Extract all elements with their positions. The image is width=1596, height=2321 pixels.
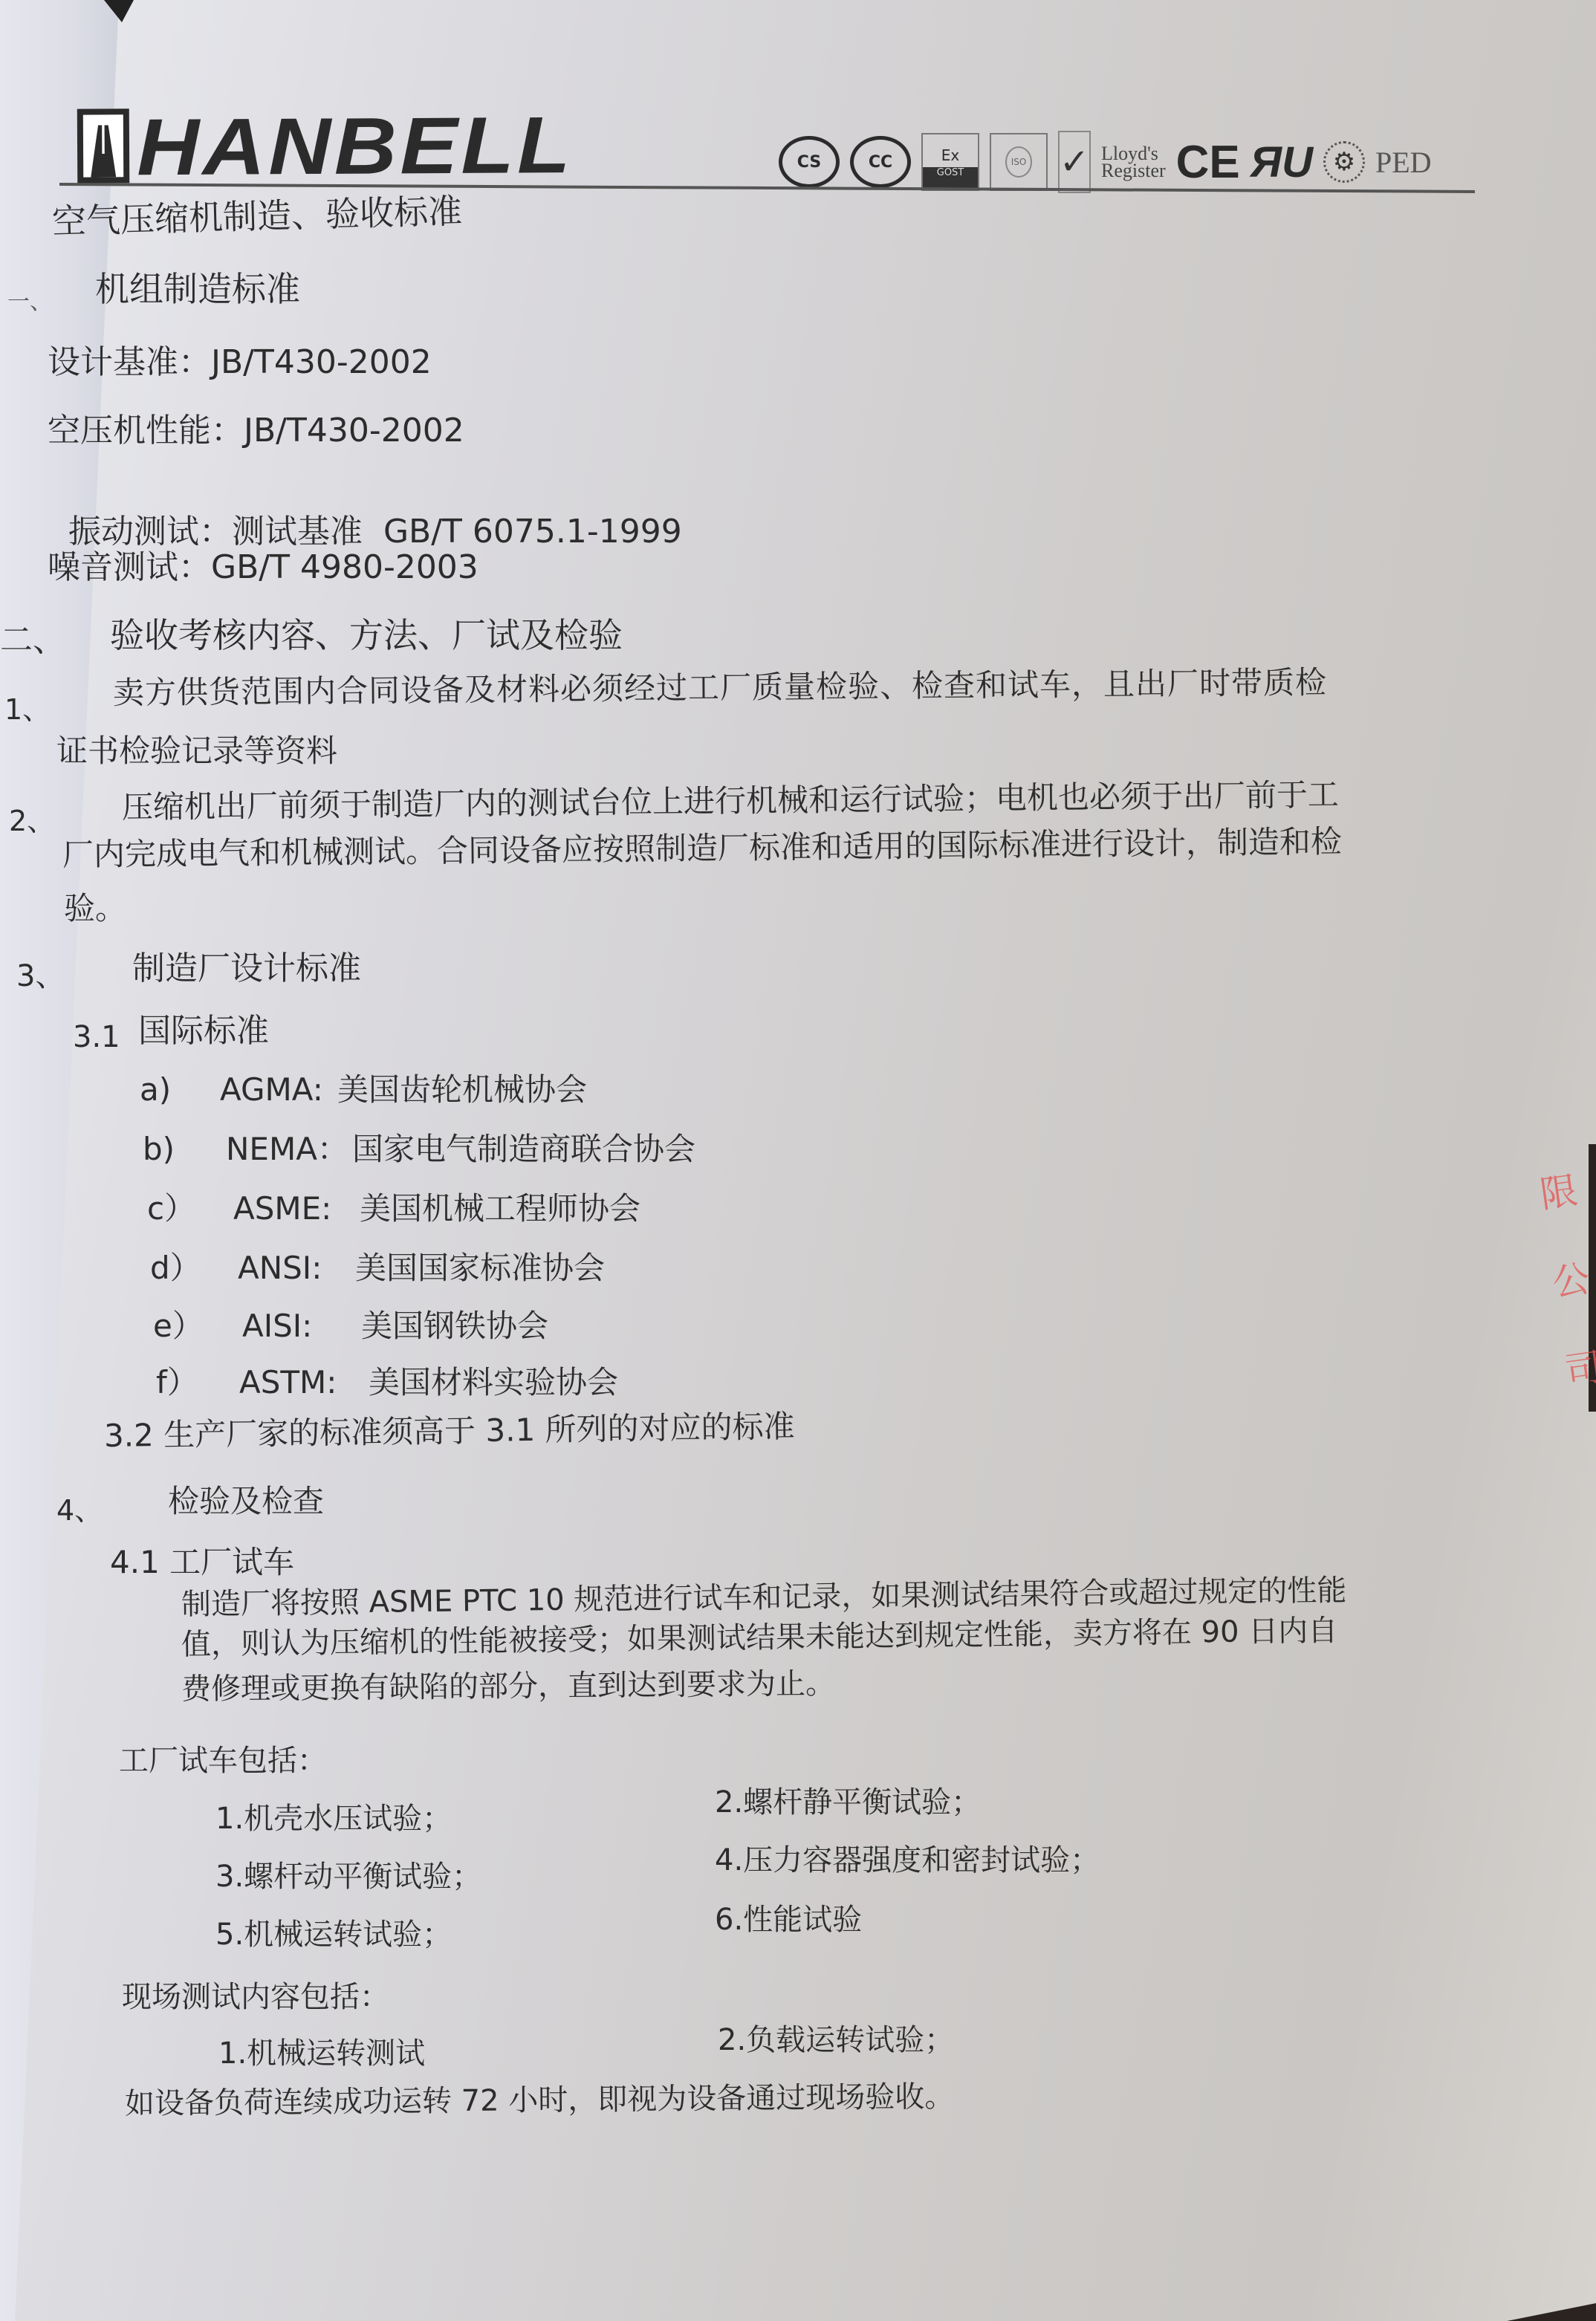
section2-number: 二、 [0,624,65,657]
ex-label: Ex [941,146,959,164]
standard-code: ANSI: [238,1253,355,1284]
design-basis-label: 设计基准： [48,343,211,381]
standard-code: ASME: [233,1193,360,1224]
design-basis-value: JB/T430-2002 [211,343,432,381]
standard-code: ASTM: [239,1367,369,1398]
company-seal-stamp: 限 公 司 [1527,1142,1596,1414]
standard-letter: d） [150,1253,238,1284]
standard-letter: f） [156,1367,239,1398]
site-acceptance-conclusion: 如设备负荷连续成功运转 72 小时，即视为设备通过现场验收。 [125,2082,955,2119]
crown-check-icon: ✓ [1058,131,1091,193]
item4-number: 4、 [56,1496,103,1525]
standard-code: AISI: [242,1311,361,1342]
hanbell-logo: HANBELL [77,103,541,183]
standard-row-astm: f）ASTM:美国材料实验协会 [156,1367,618,1398]
factory-test-para-line1: 制造厂将按照 ASME PTC 10 规范进行试车和记录，如果测试结果符合或超过… [181,1576,1347,1620]
standard-desc: 国家电气制造商联合协会 [352,1131,695,1167]
standard-row-nema: b)NEMA：国家电气制造商联合协会 [143,1134,695,1165]
seal-char: 司 [1561,1337,1596,1395]
noise-test-value: GB/T 4980-2003 [211,548,479,586]
item3-heading: 制造厂设计标准 [132,952,361,985]
gost-label: GOST [923,167,978,189]
site-test-item: 2.负载运转试验； [718,2025,954,2055]
sub31-number: 3.1 [73,1022,120,1052]
standard-desc: 美国材料实验协会 [369,1364,618,1400]
register-label: Register [1101,162,1166,179]
vibration-test-label: 振动测试： [68,513,232,551]
ccs-label: CS [797,153,821,172]
ccc-label: CC [869,153,892,172]
lloyds-register-logo: Lloyd's Register [1101,145,1166,180]
noise-test-line: 噪音测试：GB/T 4980-2003 [48,551,479,584]
ex-gost-cert-icon: Ex GOST [921,133,979,191]
document-title: 空气压缩机制造、验收标准 [51,194,462,238]
standard-code: NEMA： [226,1134,352,1165]
standard-code: AGMA: [220,1074,337,1106]
performance-label: 空压机性能： [48,412,244,449]
ccs-cert-icon: CS [779,136,840,188]
factory-test-item: 1.机壳水压试验； [215,1804,452,1834]
certification-logos: CS CC Ex GOST ISO ✓ Lloyd's Register CE … [779,131,1432,193]
vibration-test-line: 振动测试：测试基准 GB/T 6075.1-1999 [48,483,682,548]
item1-line1: 卖方供货范围内合同设备及材料必须经过工厂质量检验、检查和试车，且出厂时带质检 [113,667,1327,709]
noise-test-label: 噪音测试： [48,548,211,586]
factory-test-para-line2: 值，则认为压缩机的性能被接受；如果测试结果未能达到规定性能，卖方将在 90 日内… [181,1616,1338,1660]
ce-mark-icon: CE [1176,136,1240,189]
performance-line: 空压机性能：JB/T430-2002 [48,415,464,447]
sub41-line: 4.1 工厂试车 [110,1547,294,1578]
standard-desc: 美国钢铁协会 [361,1308,548,1344]
gear-cert-icon: ⚙ [1323,141,1365,183]
factory-test-para-line3: 费修理或更换有缺陷的部分，直到达到要求为止。 [181,1669,835,1704]
performance-value: JB/T430-2002 [244,412,464,449]
standard-row-agma: a)AGMA:美国齿轮机械协会 [140,1074,587,1106]
seal-char: 限 [1537,1160,1581,1218]
sub31-heading: 国际标准 [138,1015,269,1048]
section1-heading: 机组制造标准 [95,272,300,306]
item4-heading: 检验及检查 [168,1486,324,1517]
section2-heading: 验收考核内容、方法、厂试及检验 [110,618,623,652]
standard-letter: c） [147,1193,233,1224]
standard-row-ansi: d）ANSI:美国国家标准协会 [150,1253,605,1284]
factory-test-item: 2.螺杆静平衡试验； [715,1788,981,1817]
site-tests-label: 现场测试内容包括： [122,1982,389,2012]
standard-letter: b) [143,1134,226,1165]
standard-desc: 美国齿轮机械协会 [337,1071,587,1108]
standard-row-aisi: e）AISI:美国钢铁协会 [153,1311,548,1342]
factory-test-item: 6.性能试验 [715,1905,862,1935]
iso-label: ISO [1005,146,1033,178]
factory-test-item: 4.压力容器强度和密封试验； [715,1846,1100,1875]
standard-letter: e） [153,1311,242,1342]
design-basis-line: 设计基准：JB/T430-2002 [48,346,432,379]
sub32-line: 3.2 生产厂家的标准须高于 3.1 所列的对应的标准 [104,1411,795,1452]
hanbell-mark-icon [77,108,130,183]
item2-line3: 验。 [64,893,126,924]
page-bottom-shadow [1507,2303,1596,2321]
brand-name: HANBELL [137,108,574,183]
factory-tests-label: 工厂试车包括： [119,1746,327,1776]
standard-letter: a) [140,1074,220,1106]
seal-char: 公 [1548,1249,1593,1307]
sub41-number: 4.1 [110,1544,160,1580]
ul-mark-icon: ЯU [1250,137,1313,187]
section1-number: 一、 [7,291,52,314]
item1-number: 1、 [4,695,51,724]
item2-number: 2、 [9,807,55,835]
item2-line2: 厂内完成电气和机械测试。合同设备应按照制造厂标准和适用的国际标准进行设计，制造和… [62,826,1342,871]
standard-row-asme: c）ASME:美国机械工程师协会 [147,1193,640,1224]
iso-cert-icon: ISO [990,133,1048,191]
standard-desc: 美国机械工程师协会 [360,1190,640,1227]
item2-line1: 压缩机出厂前须于制造厂内的测试台位上进行机械和运行试验；电机也必须于出厂前于工 [122,779,1339,823]
sub32-text: 生产厂家的标准须高于 3.1 所列的对应的标准 [163,1408,795,1453]
ped-mark: PED [1375,145,1432,180]
sub32-number: 3.2 [104,1417,154,1454]
standard-desc: 美国国家标准协会 [355,1250,605,1286]
site-test-item: 1.机械运转测试 [218,2039,425,2068]
factory-test-item: 3.螺杆动平衡试验； [215,1862,481,1892]
factory-test-item: 5.机械运转试验； [215,1920,452,1950]
item1-line2: 证书检验记录等资料 [56,736,337,767]
sub41-heading: 工厂试车 [169,1544,294,1580]
item3-number: 3、 [16,961,65,991]
vibration-test-value: 测试基准 GB/T 6075.1-1999 [232,513,682,551]
ccc-cert-icon: CC [850,136,911,188]
